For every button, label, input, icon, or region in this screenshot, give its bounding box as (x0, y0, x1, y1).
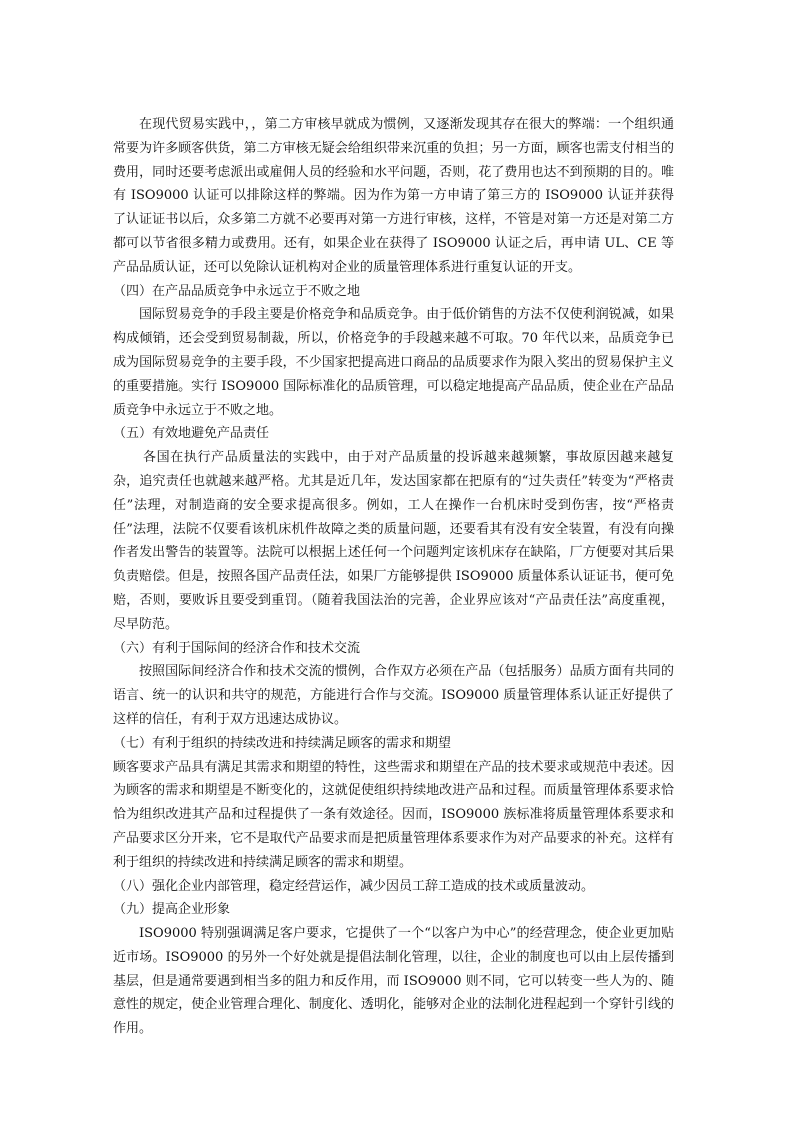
section-heading-9: （九）提高企业形象 (113, 898, 674, 922)
section-heading-8: （八）强化企业内部管理，稳定经营运作，减少因员工辞工造成的技术或质量波动。 (113, 875, 674, 899)
section-heading-7: （七）有利于组织的持续改进和持续满足顾客的需求和期望 (113, 732, 674, 756)
section-heading-4: （四）在产品品质竞争中永远立于不败之地 (113, 280, 674, 304)
paragraph-product-liability: 各国在执行产品质量法的实践中，由于对产品质量的投诉越来越频繁，事故原因越来越复杂… (113, 446, 674, 636)
paragraph-international-cooperation: 按照国际间经济合作和技术交流的惯例，合作双方必须在产品（包括服务）品质方面有共同… (113, 660, 674, 731)
section-heading-6: （六）有利于国际间的经济合作和技术交流 (113, 637, 674, 661)
paragraph-enterprise-image: ISO9000 特别强调满足客户要求，它提供了一个“以客户为中心”的经营理念，使… (113, 922, 674, 1041)
paragraph-third-party-certification: 在现代贸易实践中，，第二方审核早就成为惯例，又逐渐发现其存在很大的弊端：一个组织… (113, 113, 674, 280)
document-page: 在现代贸易实践中，，第二方审核早就成为惯例，又逐渐发现其存在很大的弊端：一个组织… (113, 113, 674, 1041)
paragraph-quality-competition: 国际贸易竞争的手段主要是价格竞争和品质竞争。由于低价销售的方法不仅使利润锐减，如… (113, 303, 674, 422)
section-heading-5: （五）有效地避免产品责任 (113, 422, 674, 446)
paragraph-continuous-improvement: 顾客要求产品具有满足其需求和期望的特性，这些需求和期望在产品的技术要求或规范中表… (113, 756, 674, 875)
